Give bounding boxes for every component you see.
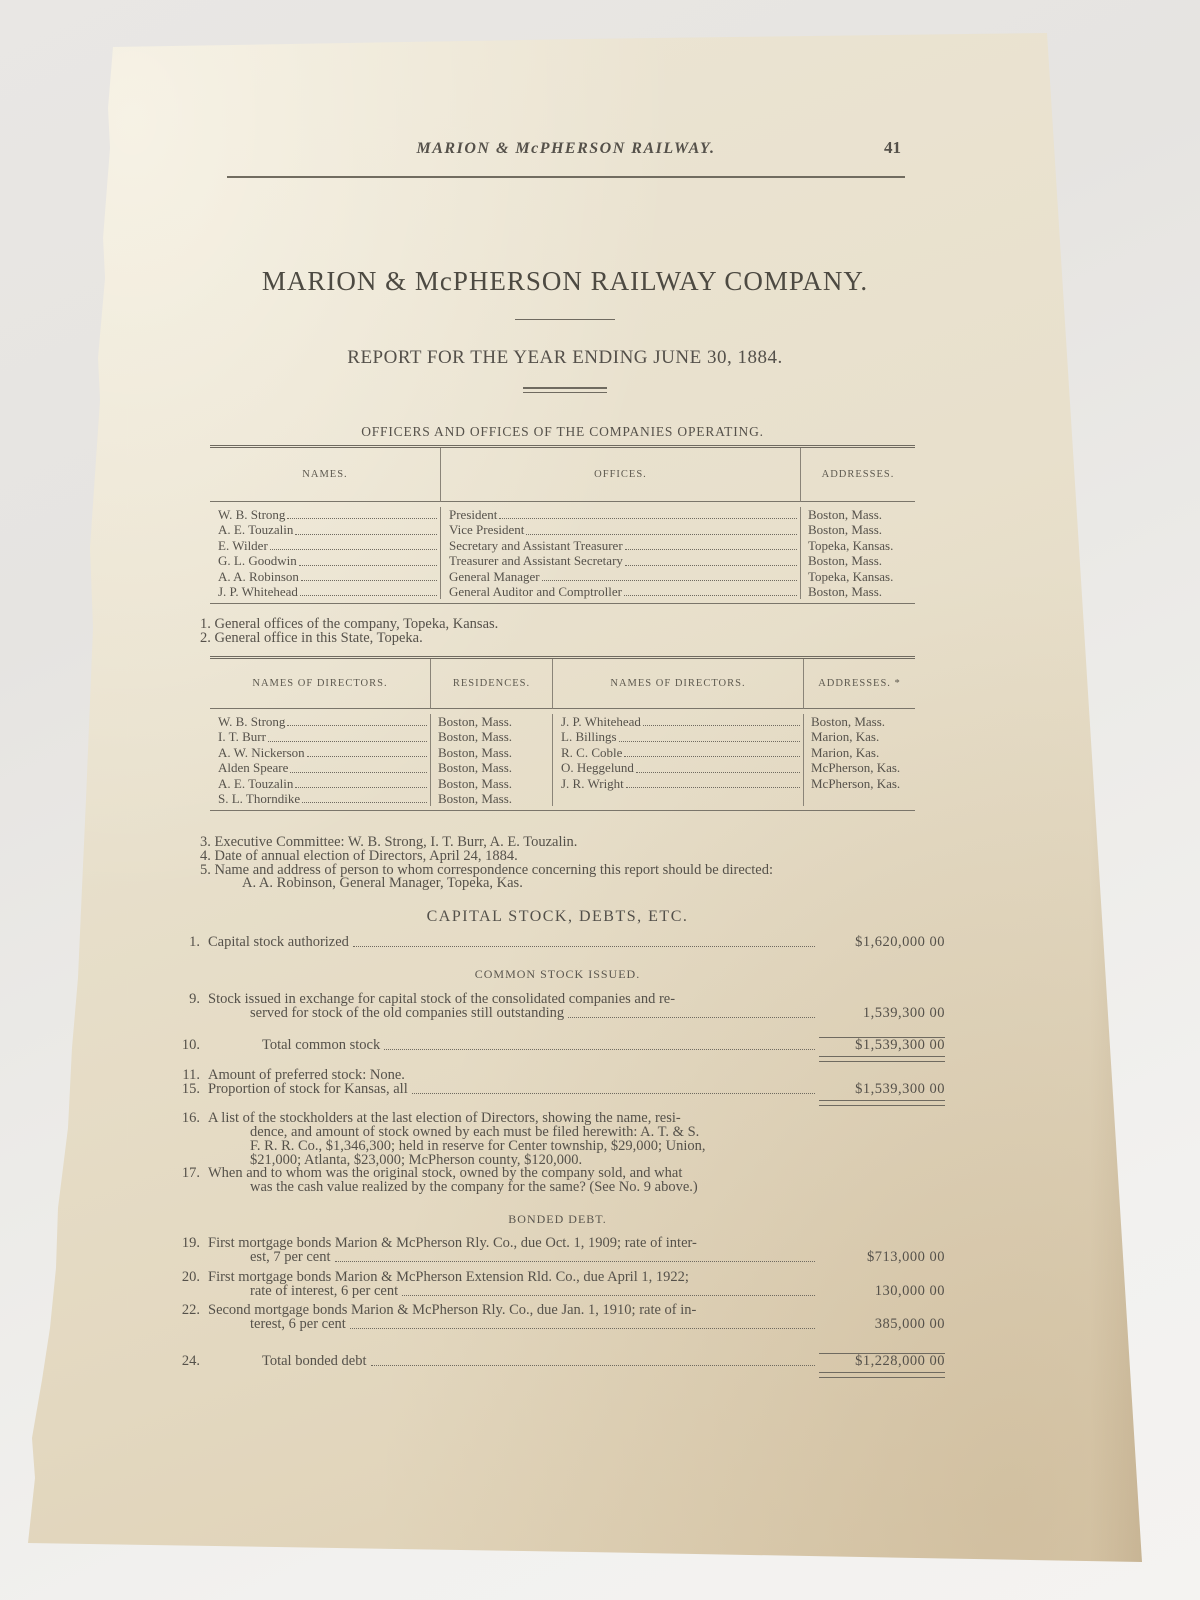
item-amount: $1,539,300 00: [819, 1082, 945, 1096]
item-text: Total bonded debt: [262, 1354, 367, 1368]
column-header-offices: OFFICES.: [441, 448, 801, 502]
line-item-22: 22. Second mortgage bonds Marion & McPhe…: [170, 1303, 945, 1331]
column-header-director-names: NAMES OF DIRECTORS.: [210, 659, 431, 709]
director-residence: Boston, Mass.: [431, 791, 553, 806]
director-name-text: R. C. Coble: [561, 745, 622, 760]
line-item-19: 19. First mortgage bonds Marion & McPher…: [170, 1236, 945, 1264]
item-text: Stock issued in exchange for capital sto…: [208, 992, 675, 1006]
total-amount: $1,228,000 00: [819, 1353, 945, 1368]
item-text: Second mortgage bonds Marion & McPherson…: [208, 1303, 696, 1317]
item-amount: 1,539,300 00: [819, 1006, 945, 1020]
officer-office-text: President: [449, 507, 497, 522]
running-head: MARION & McPHERSON RAILWAY. 41: [227, 140, 905, 158]
directors-table-body: W. B. Strong Boston, Mass. J. P. Whitehe…: [210, 709, 915, 810]
director-name-text: O. Heggelund: [561, 760, 634, 775]
line-item-17: 17. When and to whom was the original st…: [170, 1166, 945, 1194]
director-name-text: A. E. Touzalin: [218, 776, 293, 791]
item-amount: 385,000 00: [819, 1317, 945, 1331]
dot-leader: [636, 772, 800, 773]
director-address: Marion, Kas.: [804, 729, 915, 744]
item-amount: $713,000 00: [819, 1250, 945, 1264]
director-residence: Boston, Mass.: [431, 745, 553, 760]
director-address: McPherson, Kas.: [804, 760, 915, 775]
item-text-continued: F. R. R. Co., $1,346,300; held in reserv…: [250, 1139, 706, 1153]
director-name-text: Alden Speare: [218, 760, 288, 775]
item-text: Total common stock: [262, 1038, 380, 1052]
document-page: MARION & McPHERSON RAILWAY. 41 MARION & …: [20, 28, 1145, 1576]
item-amount: 130,000 00: [819, 1284, 945, 1298]
officer-address: Boston, Mass.: [801, 584, 915, 599]
officer-office-text: General Auditor and Comptroller: [449, 584, 622, 599]
subtitle-rule: [523, 387, 607, 393]
page-number: 41: [884, 138, 901, 158]
officer-name-text: W. B. Strong: [218, 507, 285, 522]
item-text: When and to whom was the original stock,…: [208, 1166, 682, 1180]
dot-leader: [295, 534, 437, 535]
officer-address: Topeka, Kansas.: [801, 538, 915, 553]
dot-leader: [412, 1093, 815, 1094]
column-header-addresses: ADDRESSES.: [801, 448, 915, 502]
director-name-text: W. B. Strong: [218, 714, 285, 729]
dot-leader: [268, 741, 427, 742]
director-name: W. B. Strong: [210, 714, 431, 729]
dot-leader: [307, 756, 427, 757]
officer-office-text: General Manager: [449, 569, 540, 584]
director-name-text: S. L. Thorndike: [218, 791, 300, 806]
officer-address: Boston, Mass.: [801, 507, 915, 522]
director-residence: Boston, Mass.: [431, 714, 553, 729]
officer-office: General Auditor and Comptroller: [441, 584, 801, 599]
dot-leader: [568, 1017, 815, 1018]
dot-leader: [295, 787, 427, 788]
line-item-16: 16. A list of the stockholders at the la…: [170, 1111, 945, 1167]
item-number: 16.: [170, 1111, 200, 1125]
running-head-text: MARION & McPHERSON RAILWAY.: [417, 140, 716, 157]
officer-office: General Manager: [441, 569, 801, 584]
dot-leader: [287, 518, 437, 519]
item-text: Capital stock authorized: [208, 935, 349, 949]
officers-table-header: NAMES. OFFICES. ADDRESSES.: [210, 448, 915, 502]
item-text-continued: served for stock of the old companies st…: [250, 1006, 564, 1020]
officers-notes: 1. General offices of the company, Topek…: [200, 618, 930, 646]
dot-leader: [624, 595, 797, 596]
dot-leader: [384, 1049, 815, 1050]
director-residence: Boston, Mass.: [431, 729, 553, 744]
officer-office: Secretary and Assistant Treasurer: [441, 538, 801, 553]
double-rule: [819, 1056, 945, 1062]
photo-of-document: { "page": { "running_head": "MARION & Mc…: [0, 0, 1200, 1600]
double-rule: [819, 1100, 945, 1106]
director-name: R. C. Coble: [553, 745, 804, 760]
item-text-continued: est, 7 per cent: [250, 1250, 331, 1264]
officer-office-text: Treasurer and Assistant Secretary: [449, 553, 623, 568]
item-number: 11.: [170, 1068, 200, 1082]
column-header-addresses: ADDRESSES. *: [804, 659, 915, 709]
item-text-continued: terest, 6 per cent: [250, 1317, 346, 1331]
dot-leader: [287, 725, 427, 726]
dot-leader: [301, 580, 437, 581]
officer-name: E. Wilder: [210, 538, 441, 553]
title-rule: [515, 319, 615, 320]
officer-name: J. P. Whitehead: [210, 584, 441, 599]
director-name-text: J. P. Whitehead: [561, 714, 641, 729]
item-text: First mortgage bonds Marion & McPherson …: [208, 1270, 689, 1284]
item-text-continued: dence, and amount of stock owned by each…: [250, 1125, 699, 1139]
officer-office-text: Secretary and Assistant Treasurer: [449, 538, 623, 553]
officer-office-text: Vice President: [449, 522, 524, 537]
line-item-10-total: 10. Total common stock $1,539,300 00: [170, 1038, 945, 1062]
document-title: MARION & McPHERSON RAILWAY COMPANY.: [170, 266, 960, 297]
dot-leader: [335, 1261, 815, 1262]
dot-leader: [619, 741, 800, 742]
dot-leader: [542, 580, 797, 581]
dot-leader: [499, 518, 797, 519]
officer-address: Boston, Mass.: [801, 553, 915, 568]
officer-name: A. A. Robinson: [210, 569, 441, 584]
item-number: 15.: [170, 1082, 200, 1096]
officer-name-text: E. Wilder: [218, 538, 268, 553]
line-item-15: 15. Proportion of stock for Kansas, all …: [170, 1082, 945, 1106]
directors-notes: 3. Executive Committee: W. B. Strong, I.…: [200, 836, 930, 891]
column-header-residences: RESIDENCES.: [431, 659, 553, 709]
officers-heading: OFFICERS AND OFFICES OF THE COMPANIES OP…: [210, 424, 915, 440]
line-item-24-total: 24. Total bonded debt $1,228,000 00: [170, 1354, 945, 1378]
common-stock-heading: COMMON STOCK ISSUED.: [170, 967, 945, 982]
dot-leader: [402, 1295, 815, 1296]
bonded-debt-heading: BONDED DEBT.: [170, 1212, 945, 1227]
director-name: A. W. Nickerson: [210, 745, 431, 760]
officer-office: Treasurer and Assistant Secretary: [441, 553, 801, 568]
director-name: L. Billings: [553, 729, 804, 744]
note-2: 2. General office in this State, Topeka.: [200, 632, 930, 646]
dot-leader: [299, 565, 437, 566]
officer-name-text: G. L. Goodwin: [218, 553, 297, 568]
column-header-director-names-2: NAMES OF DIRECTORS.: [553, 659, 804, 709]
dot-leader: [625, 565, 797, 566]
item-text: Amount of preferred stock: None.: [208, 1068, 405, 1082]
empty-cell: [804, 791, 915, 806]
item-text-continued: was the cash value realized by the compa…: [250, 1180, 698, 1194]
item-number: 20.: [170, 1270, 200, 1284]
director-name-text: I. T. Burr: [218, 729, 266, 744]
item-text: First mortgage bonds Marion & McPherson …: [208, 1236, 697, 1250]
officer-name: W. B. Strong: [210, 507, 441, 522]
item-amount: $1,620,000 00: [819, 935, 945, 949]
director-name: A. E. Touzalin: [210, 776, 431, 791]
dot-leader: [643, 725, 800, 726]
dot-leader: [626, 787, 800, 788]
director-name: S. L. Thorndike: [210, 791, 431, 806]
item-number: 17.: [170, 1166, 200, 1180]
item-number: 22.: [170, 1303, 200, 1317]
item-number: 1.: [170, 935, 200, 949]
item-text: Proportion of stock for Kansas, all: [208, 1082, 408, 1096]
item-number: 9.: [170, 992, 200, 1006]
dot-leader: [270, 549, 437, 550]
officer-name-text: A. E. Touzalin: [218, 522, 293, 537]
officer-office: President: [441, 507, 801, 522]
line-item-1: 1. Capital stock authorized $1,620,000 0…: [170, 935, 945, 949]
dot-leader: [290, 772, 427, 773]
capital-stock-heading: CAPITAL STOCK, DEBTS, ETC.: [170, 908, 945, 926]
line-item-11: 11. Amount of preferred stock: None.: [170, 1068, 945, 1082]
director-address: McPherson, Kas.: [804, 776, 915, 791]
officers-table: NAMES. OFFICES. ADDRESSES. W. B. Strong …: [210, 445, 915, 604]
item-number: 24.: [170, 1354, 200, 1368]
director-address: Boston, Mass.: [804, 714, 915, 729]
column-header-names: NAMES.: [210, 448, 441, 502]
officer-name-text: J. P. Whitehead: [218, 584, 298, 599]
officer-name: A. E. Touzalin: [210, 522, 441, 537]
directors-table-header: NAMES OF DIRECTORS. RESIDENCES. NAMES OF…: [210, 659, 915, 709]
dot-leader: [353, 946, 815, 947]
director-name: J. R. Wright: [553, 776, 804, 791]
director-name: J. P. Whitehead: [553, 714, 804, 729]
officer-name-text: A. A. Robinson: [218, 569, 299, 584]
director-residence: Boston, Mass.: [431, 776, 553, 791]
officer-name: G. L. Goodwin: [210, 553, 441, 568]
item-number: 10.: [170, 1038, 200, 1052]
director-address: Marion, Kas.: [804, 745, 915, 760]
dot-leader: [350, 1328, 815, 1329]
document-subtitle: REPORT FOR THE YEAR ENDING JUNE 30, 1884…: [170, 347, 960, 369]
director-name: I. T. Burr: [210, 729, 431, 744]
dot-leader: [300, 595, 437, 596]
officers-table-body: W. B. Strong President Boston, Mass. A. …: [210, 502, 915, 603]
double-rule: [819, 1372, 945, 1378]
note-5-continued: A. A. Robinson, General Manager, Topeka,…: [200, 877, 930, 891]
officer-office: Vice President: [441, 522, 801, 537]
director-name: Alden Speare: [210, 760, 431, 775]
director-name: O. Heggelund: [553, 760, 804, 775]
line-item-20: 20. First mortgage bonds Marion & McPher…: [170, 1270, 945, 1298]
director-name-text: L. Billings: [561, 729, 617, 744]
director-name-text: A. W. Nickerson: [218, 745, 305, 760]
empty-cell: [553, 791, 804, 806]
dot-leader: [526, 534, 797, 535]
director-name-text: J. R. Wright: [561, 776, 624, 791]
officer-address: Topeka, Kansas.: [801, 569, 915, 584]
item-number: 19.: [170, 1236, 200, 1250]
item-text: A list of the stockholders at the last e…: [208, 1111, 681, 1125]
director-residence: Boston, Mass.: [431, 760, 553, 775]
officer-address: Boston, Mass.: [801, 522, 915, 537]
item-text-continued: rate of interest, 6 per cent: [250, 1284, 398, 1298]
total-amount: $1,539,300 00: [819, 1037, 945, 1052]
line-item-9: 9. Stock issued in exchange for capital …: [170, 992, 945, 1020]
running-head-rule: [227, 176, 905, 178]
dot-leader: [371, 1365, 816, 1366]
directors-table: NAMES OF DIRECTORS. RESIDENCES. NAMES OF…: [210, 656, 915, 811]
dot-leader: [302, 802, 427, 803]
dot-leader: [625, 549, 797, 550]
dot-leader: [624, 756, 800, 757]
